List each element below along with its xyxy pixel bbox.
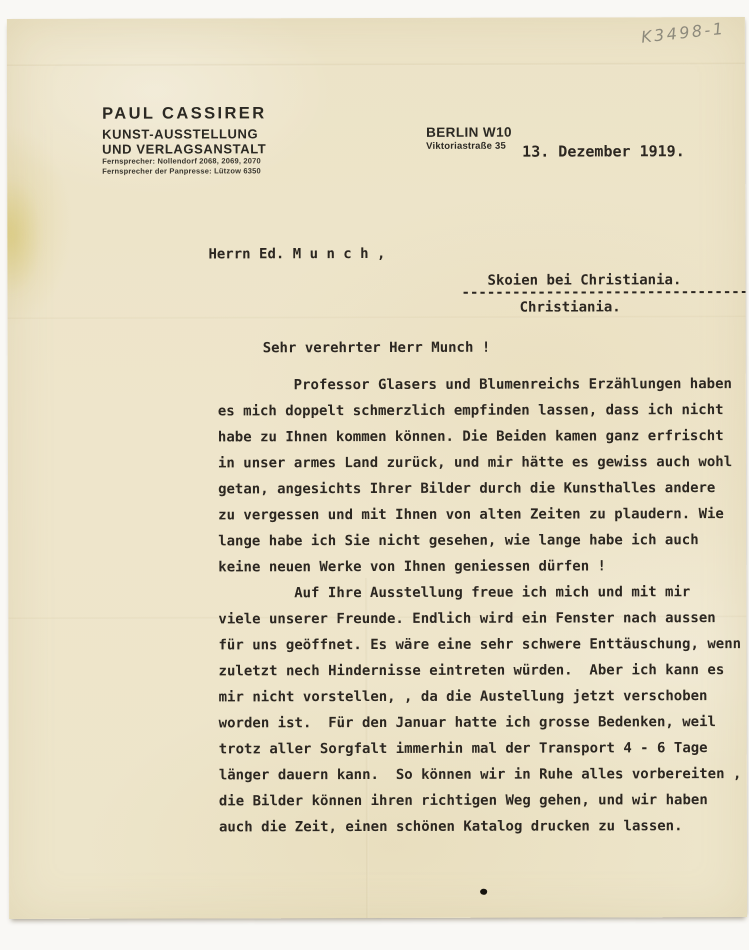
letterhead-street: Viktoriastraße 35 <box>426 141 512 152</box>
typed-line: auch die Zeit, einen schönen Katalog dru… <box>219 813 742 840</box>
typed-line: für uns geöffnet. Es wäre eine sehr schw… <box>218 631 741 658</box>
letterhead: PAUL CASSIRER KUNST-AUSSTELLUNG UND VERL… <box>102 104 267 176</box>
scan-background: { "archival": { "code": "K3498-1" }, "le… <box>0 0 749 950</box>
typed-line: habe zu Ihnen kommen können. Die Beiden … <box>218 423 741 450</box>
typed-line: keine neuen Werke von Ihnen geniessen dü… <box>218 553 741 580</box>
typed-line: trotz aller Sorgfalt immerhin mal der Tr… <box>219 735 742 762</box>
letter-date: 13. Dezember 1919. <box>522 142 685 160</box>
letter-body: Professor Glasers und Blumenreichs Erzäh… <box>218 371 742 840</box>
letterhead-address: BERLIN W10 Viktoriastraße 35 <box>426 125 512 152</box>
letterhead-phone-2: Fernsprecher der Panpresse: Lützow 6350 <box>102 166 266 176</box>
typed-line: mir nicht vorstellen, , da die Austellun… <box>219 683 742 710</box>
typed-line: lange habe ich Sie nicht gesehen, wie la… <box>218 527 741 554</box>
typed-line: Auf Ihre Ausstellung freue ich mich und … <box>218 579 741 606</box>
letterhead-city: BERLIN W10 <box>426 125 512 140</box>
typed-line: zu vergessen und mit Ihnen von alten Zei… <box>218 501 741 528</box>
paper-stain <box>7 177 44 297</box>
letterhead-phone-1: Fernsprecher: Nollendorf 2068, 2069, 207… <box>102 156 266 166</box>
typed-line: worden ist. Für den Januar hatte ich gro… <box>219 709 742 736</box>
typed-line: getan, angesichts Ihrer Bilder durch die… <box>218 475 741 502</box>
recipient-underline-dashes: ------------------------------------ <box>462 284 746 301</box>
typed-line: in unser armes Land zurück, und mir hätt… <box>218 449 741 476</box>
letter-paper: K3498-1 PAUL CASSIRER KUNST-AUSSTELLUNG … <box>7 17 747 919</box>
salutation: Sehr verehrter Herr Munch ! <box>263 340 491 357</box>
typed-line: länger dauern kann. So können wir in Ruh… <box>219 761 742 788</box>
typed-line: viele unserer Freunde. Endlich wird ein … <box>218 605 741 632</box>
recipient-place-line-2: Christiania. <box>520 299 621 315</box>
letterhead-subtitle-1: KUNST-AUSSTELLUNG <box>102 126 266 141</box>
ink-dot-mark <box>480 888 488 895</box>
paper-crease-top <box>7 62 745 67</box>
typed-line: Professor Glasers und Blumenreichs Erzäh… <box>218 371 741 398</box>
paper-fold-upper <box>8 315 746 320</box>
recipient-name: Herrn Ed. M u n c h , <box>208 246 385 262</box>
archival-code: K3498-1 <box>640 19 726 47</box>
letterhead-name: PAUL CASSIRER <box>102 104 267 123</box>
typed-line: zuletzt nech Hindernisse eintreten würde… <box>218 657 741 684</box>
typed-line: es mich doppelt schmerzlich empfinden la… <box>218 397 741 424</box>
typed-line: die Bilder können ihren richtigen Weg ge… <box>219 787 742 814</box>
letterhead-subtitle-2: UND VERLAGSANSTALT <box>102 141 266 156</box>
